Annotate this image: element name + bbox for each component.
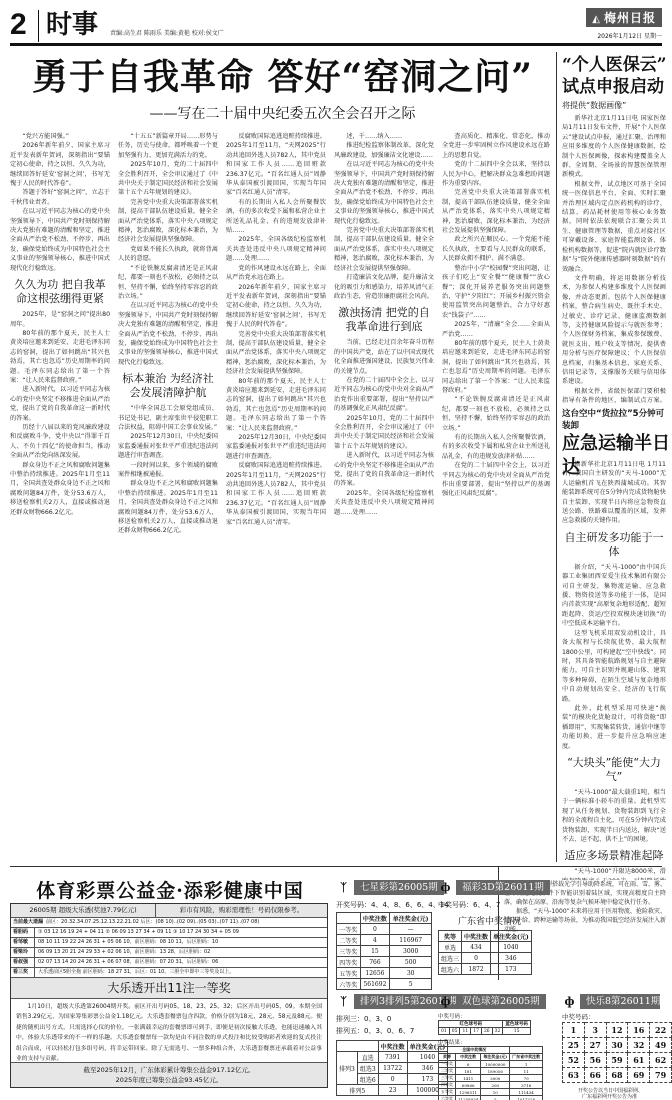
paragraph: 2025年，全国各级纪检监察机关共查处违反中央八项规定精神问题……处理…… <box>226 235 326 263</box>
paragraph: 答题于答好“窑洞之问”，立志于千秋伟业责者。 <box>10 188 110 207</box>
paragraph: 据新华社北京1月11日电 1月11日，我国自主研发的“天马-1000”无人运输机… <box>562 460 666 526</box>
cell: 189056 <box>481 1068 510 1075</box>
table-row: 单选4341040 <box>439 942 532 953</box>
paragraph: 政之所兴在顺民心。一个党能不能长久执政，主要看与人民群众的联系，人民群众拥不拥护… <box>442 235 550 263</box>
main-headline: 勇于自我革命 答好“窑洞之问” <box>10 54 555 100</box>
cell: 三等奖 <box>337 946 361 957</box>
number-cell: 79 <box>650 1068 672 1083</box>
table-header-row: 奖等中奖注数每注奖金(元)广东省中奖注数 <box>439 1054 543 1061</box>
row-value: 前区：20.32.34.07.25.12.13.22.21.02 后区：(08 … <box>43 918 327 927</box>
number-cell: 30 <box>606 1038 628 1053</box>
cell: 二等奖 <box>439 1068 456 1075</box>
shuangseqiu-results-label: 中奖结果： <box>438 1038 466 1046</box>
cell: 1017328 <box>510 1096 543 1100</box>
number-cell: 52 <box>563 1053 585 1068</box>
paragraph: 2026年新年前夕，国家主席习近平发表新年贺词，深刻指出“要锚定初心使命，持之以… <box>10 141 110 188</box>
fucai3d-numbers: 中奖号码：6、4、7 <box>438 900 500 910</box>
table-row: 2527303249 <box>563 1038 672 1053</box>
row-value: 02 07 13 14 20 24 26 31 + 06 07 08，前区胆码：… <box>35 958 327 967</box>
cell: 五等奖 <box>439 1089 456 1096</box>
editor-credits: 责编:高生君 陈雨乐 美编:黄艳 校对:侯文广 <box>110 28 224 37</box>
table-row: 排列523100000 <box>337 1085 448 1096</box>
column-header: 蓝色球号码 <box>503 1021 531 1028</box>
table-row: 六等奖1125893451017328 <box>439 1096 543 1100</box>
pailie3-numbers: 排列三：0、3、0 <box>336 1014 391 1024</box>
article-column-2: “十五五”新篇章开局……形势与任务，历史与使命，都呼唤着一个更加坚强有力、更加充… <box>118 132 218 860</box>
cell: 二等奖 <box>337 935 361 946</box>
cell: 六等奖 <box>337 979 361 990</box>
footer-line: 截至2025年12月，广东体彩累计筹集公益金917.12亿元。 <box>11 1065 327 1075</box>
column-header: 中奖注数 <box>456 1054 481 1061</box>
column-header: 中奖注数 <box>378 1041 407 1052</box>
table-row: 看三奖大乐透前区5胆全拖 前区胆码：18 27 31，后区：01 10。三胆全中… <box>11 968 327 978</box>
cell: 1872 <box>462 964 491 975</box>
column-header: 中奖注数 <box>462 931 491 942</box>
sports-lottery-box: 26005期 超级大乐透(奖池7.79亿元) 彩市有风险，购彩需理性！号码仅限参… <box>10 903 328 1088</box>
column-header: 广东省中奖注数 <box>510 1054 543 1061</box>
paragraph: 2025年10月，党的二十届四中全会胜利召开，全会审议通过了《中共中央关于制定国… <box>334 414 434 452</box>
red-ball: 32 <box>492 1028 503 1035</box>
cell: 5 <box>390 979 432 990</box>
column-header: 单注奖金(元) <box>491 931 532 942</box>
divider <box>38 10 39 42</box>
qixingcai-numbers: 开奖号码：4、4、8、6、6、4、14 <box>336 900 449 910</box>
cell: 69866 <box>456 1082 481 1089</box>
number-cell: 25 <box>563 1038 585 1053</box>
paragraph: 80年前的那个夏天，民主人士黄炎培应邀来到延安，走进毛泽东同志的窑洞，提出了如何… <box>10 329 110 385</box>
cell: 1040 <box>491 942 532 953</box>
paragraph: 根据文件，试点地区可基于全国统一医保信息平台，全面、实时汇聚并治理区域内定点医药… <box>562 180 666 274</box>
table-row: 四等奖766500 <box>337 957 432 968</box>
cell: 五等奖 <box>337 968 361 979</box>
row-label: 看叔强 <box>11 958 35 967</box>
paragraph: 完善党中央重大决策部署落实机制，提高干部队伍建设质量，健全全面从严治党体系，落实… <box>118 198 218 245</box>
paragraph: 在以习近平同志为核心的党中央坚强领导下，中国共产党时刻保持解决大党独有难题的清醒… <box>334 160 434 226</box>
column-header <box>337 913 361 924</box>
table-row: 三等奖153000 <box>337 946 432 957</box>
table-row: 组选三0346 <box>439 953 532 964</box>
footer-line: 2025年度已筹集公益金93.45亿元。 <box>11 1075 327 1085</box>
cell: 79 <box>510 1075 543 1082</box>
cell: 10000000 <box>481 1061 510 1068</box>
publication-date: 2026年1月12日 星期一 <box>597 31 662 40</box>
table-row: 五等奖1265630 <box>337 968 432 979</box>
section-heading: 自主研发多功能于一体 <box>562 531 666 559</box>
risk-notice: 彩市有风险，购彩需理性！号码仅限参考。 <box>156 904 327 917</box>
shuangseqiu-header: ф 双色球第26005期 <box>438 994 546 1009</box>
cell: 1296511 <box>456 1089 481 1096</box>
kuaile8-header: ф 快乐8第26011期 <box>562 994 660 1009</box>
number-cell: 69 <box>628 1068 650 1083</box>
table-header-row: 红色球号码蓝色球号码 <box>439 1021 531 1028</box>
kuaile8-label: 中奖号码： <box>562 1012 595 1021</box>
panel-title: 快乐8第26011期 <box>580 994 660 1009</box>
paragraph: 一段时间以来，多个领域的腐败案件相继被通报。 <box>118 461 218 480</box>
table-row: 看胆码① 03 12 16 19 24 + 04 11 ② 06 09 13 2… <box>11 928 327 938</box>
column-header <box>510 1047 543 1054</box>
cell: 346 <box>491 953 532 964</box>
table-row: 一等奖0— <box>337 924 432 935</box>
row-value: 06 09 13 20 21 24 29 33 + 02 06 10，前区胆码：… <box>35 948 327 957</box>
cell: 15 <box>360 946 390 957</box>
paragraph: 此外，此机型采用可快速“换装”的模块化货舱设计，可将货舱“即插即用”，实现集装转… <box>562 704 666 751</box>
panel-title: 福彩3D第26011期 <box>456 880 550 895</box>
table-row: 看梁玲06 09 13 20 21 24 29 33 + 02 06 10，前区… <box>11 948 327 958</box>
paragraph: 2025年12月30日，中央纪委国家监委通报对张世平严重违纪违法问题进行审查调查… <box>118 432 218 460</box>
number-cell: 63 <box>563 1068 585 1083</box>
column-header: 奖等 <box>439 1054 456 1061</box>
red-ball: 01 <box>439 1028 450 1035</box>
main-subheadline: ——写在二十届中央纪委五次全会召开之际 <box>10 104 555 124</box>
paragraph: 2026年新年前夕，国家主席习近平发表新年贺词，深刻指出“要锚定初心使命，持之以… <box>226 283 326 330</box>
row-label: 看胆码 <box>11 928 35 937</box>
panel-title: 七星彩第26005期 <box>354 880 444 895</box>
cell: 13722 <box>378 1063 407 1074</box>
column-header: 中奖注数 <box>360 913 390 924</box>
cell: 7391 <box>378 1052 407 1063</box>
column-header: 奖等 <box>439 931 462 942</box>
table-header-row: 中奖注数单注奖金(元) <box>337 913 432 924</box>
paragraph: 2025年，“清廉”全会……全面从严治党…… <box>442 320 550 339</box>
column-divider <box>556 52 557 862</box>
table-row: 三等奖1411300079 <box>439 1075 543 1082</box>
cell: 111434 <box>510 1089 543 1096</box>
section-heading: 适应多场景精准起降 <box>562 849 666 863</box>
row-label: 看梁玲 <box>11 948 35 957</box>
table-row: 五等奖129651110111434 <box>439 1089 543 1096</box>
table-row: 6366686979 <box>563 1068 672 1083</box>
row-label: 看邹敏 <box>11 938 35 947</box>
cell: 181 <box>456 1068 481 1075</box>
lottery-body: 1月10日，超级大乐透第26004期开奖。前区开出号码05、18、23、25、3… <box>11 999 327 1067</box>
number-cell: 27 <box>584 1038 606 1053</box>
column-header <box>337 1041 379 1052</box>
sidebar-article-2-body: 据新华社北京1月11日电 1月11日，我国自主研发的“天马-1000”无人运输机… <box>562 460 666 880</box>
paragraph: 完善党中央重大决策部署落实机制，提高干部队伍建设质量，健全全面从严治党体系，落实… <box>442 188 550 235</box>
article-column-4: 述，千……纳入…… 推进纪检监察体制改革，深化党风廉政建设，加强廉洁文化建设……… <box>334 132 434 860</box>
paragraph: 新华社北京1月11日电 国家医保局1月11日发布文件，开展“个人医保云”建设试点… <box>562 114 666 180</box>
page-number: 2 <box>10 8 27 42</box>
paragraph: 2025年，是“窑洞之问”提出80周年。 <box>10 310 110 329</box>
paragraph: 有的长期出入私人会所聚餐饮酒，有的多次收受下属和私营企业主所送礼品礼金，有的违规… <box>442 433 550 461</box>
cell: 0 <box>360 924 390 935</box>
paragraph: 反腐败国际追逃追赃持续推进。2025年1月至11月，“天网2025”行动共追回外… <box>226 461 326 527</box>
table-row: 看邹敏08 10 11 19 22 24 26 31 + 05 06 10，前区… <box>11 938 327 948</box>
fucai3d-table: 奖等中奖注数单注奖金(元) 单选4341040 组选三0346 组选六18721… <box>438 930 532 975</box>
paragraph: 打造廉洁文化品牌，提升廉洁文化的吸引力和感染力，培养风清气正政治生态，营造崇廉拒… <box>334 273 434 301</box>
cell: 三等奖 <box>439 1075 456 1082</box>
row-label: 当前最大遗漏 <box>11 918 43 927</box>
section-title: 时事 <box>46 8 98 42</box>
fucai3d-header: ф 福彩3D第26011期 <box>438 880 550 895</box>
number-cell: 56 <box>584 1053 606 1068</box>
cell: 3716 <box>510 1082 543 1089</box>
article-column-3: 反腐败国际追逃追赃持续推进。2025年1月至11月，“天网2025”行动共追回外… <box>226 132 326 860</box>
cell: 116967 <box>390 935 432 946</box>
paragraph: “党兴方能国强。” <box>10 132 110 141</box>
paragraph: “中华全国总工会原党组成员、书记处书记、副主席张世平侵犯职工合法权益，阻碍中国工… <box>118 404 218 432</box>
paragraph: “天马-1000”升限达8000米，滑跑起降距离小于200米，对起降场地要求低，… <box>562 867 666 880</box>
sidebar-subheadline: 将提供“数据画像” <box>562 100 626 111</box>
paragraph: 2025年10月，党的二十届四中全会胜利召开，全会审议通过了《中共中央关于制定国… <box>118 160 218 198</box>
paragraph: “不论铁腕反腐肃清还是正风肃纪，都要一刻也不放松，必须持之以恒、坚持不懈，始终坚… <box>442 395 550 433</box>
cell: 0 <box>462 953 491 964</box>
cell: 一等奖 <box>439 1061 456 1068</box>
masthead: 2 时事 责编:高生君 陈雨乐 美编:黄艳 校对:侯文广 ◭梅州日报 2026年… <box>10 6 662 46</box>
cell: 排列3 <box>337 1052 358 1085</box>
paragraph: 在党的二十届四中全会上，以习近平同志为核心的党中央对全面从严治党作出重要部署，提… <box>334 376 434 414</box>
table-header-row: 奖等中奖注数单注奖金(元) <box>439 931 532 942</box>
cell: 30 <box>390 968 432 979</box>
cell: 组选6 <box>357 1074 378 1085</box>
table-row: 01051117263215 <box>439 1028 531 1035</box>
table-row: 13121622 <box>563 1023 672 1038</box>
cell: 200 <box>481 1082 510 1089</box>
cell: 434 <box>462 942 491 953</box>
welfare-lottery-icon: ф <box>562 994 577 1009</box>
paragraph: 完善党中央重大决策部署落实机制，提高干部队伍建设质量，健全全面从严治党体系，落实… <box>226 330 326 377</box>
table-header-row: 中奖注数单注奖金(元) <box>337 1041 448 1052</box>
article-column-1: “党兴方能国强。” 2026年新年前夕，国家主席习近平发表新年贺词，深刻指出“要… <box>10 132 110 860</box>
number-cell: 59 <box>606 1053 628 1068</box>
row-label: 看三奖 <box>11 968 35 977</box>
cell: — <box>390 924 432 935</box>
column-header: 每注奖金(元) <box>481 1054 510 1061</box>
cell: 1 <box>510 1061 543 1068</box>
row-value: 08 10 11 19 22 24 26 31 + 05 06 10，前区胆码：… <box>35 938 327 947</box>
lottery-section-title: 体育彩票公益金·添彩健康中国 <box>10 876 330 903</box>
paragraph: 2025年，全国各级纪检监察机关共查处违反中央八项规定精神问题……处理…… <box>334 489 434 517</box>
table-row: 六等奖5616925 <box>337 979 432 990</box>
cell: 5 <box>481 1096 510 1100</box>
table-header-row: 全国中奖情况 <box>439 1047 543 1054</box>
cell: 12656 <box>360 968 390 979</box>
table-row: 组选六1872173 <box>439 964 532 975</box>
paragraph: 80年前的那个夏天，民主人士黄炎培应邀来到延安，走进毛泽东同志的窑洞，提出了如何… <box>442 339 550 395</box>
row-value: 大乐透前区5胆全拖 前区胆码：18 27 31，后区：01 10。三胆全中即中三… <box>35 968 327 977</box>
paragraph: 推进纪检监察体制改革，深化党风廉政建设，加强廉洁文化建设…… <box>334 141 434 160</box>
cell: 11258934 <box>456 1096 481 1100</box>
sports-lottery-icon: ᛉ <box>336 994 351 1009</box>
emblem-icon: ◭ <box>592 14 601 25</box>
column-header: 全国中奖情况 <box>439 1047 510 1054</box>
draw-info: 26005期 超级大乐透(奖池7.79亿元) <box>11 904 156 917</box>
section-heading: 久久为功 把自我革命这根弦绷得更紧 <box>10 278 110 306</box>
cell: 组选六 <box>439 964 462 975</box>
paragraph: 查高质化、精准化、常态化，推动全党进一步牢固树立作风建设永远在路上的思想自觉。 <box>442 132 550 160</box>
sidebar-article-1-body: 新华社北京1月11日电 国家医保局1月11日发布文件，开展“个人医保云”建设试点… <box>562 114 666 404</box>
cell: 173 <box>491 964 532 975</box>
cell: 四等奖 <box>337 957 361 968</box>
paragraph: 党如果不能长久执政，就将背离人民的意愿。 <box>118 245 218 264</box>
logo-text: 梅州日报 <box>604 11 656 25</box>
panel-title: 双色球第26005期 <box>456 994 546 1009</box>
paragraph: “不论铁腕反腐肃清还是正风肃纪，都要一刻也不放松，必须持之以恒、坚持不懈，始终坚… <box>118 264 218 302</box>
paragraph: 党的作风建设永远在路上，全面从严治党永远在路上。 <box>226 264 326 283</box>
kuaile8-numbers-grid: 13121622 2527303249 5256596162 636668697… <box>562 1022 672 1083</box>
table-row: 5256596162 <box>563 1053 672 1068</box>
sidebar-headline-line2: 试点申报启动 <box>562 76 664 98</box>
column-header: 单注奖金(元) <box>390 913 432 924</box>
column-header: 红色球号码 <box>439 1021 503 1028</box>
red-ball: 05 <box>449 1028 460 1035</box>
table-row: 排列3直选73911040 <box>337 1052 448 1063</box>
cell: 11 <box>510 1068 543 1075</box>
cell: 10 <box>481 1089 510 1096</box>
paragraph: 群众身边不正之风和腐败问题集中整治持续推进。2025年1月至11月，全国共查处群… <box>10 461 110 517</box>
article-column-5: 查高质化、精准化、常态化，推动全党进一步牢固树立作风建设永远在路上的思想自觉。 … <box>442 132 550 860</box>
paragraph: 在以习近平同志为核心的党中央坚强领导下，中国共产党时刻保持解决大党独有难题的清醒… <box>118 301 218 367</box>
table-row: 当前最大遗漏前区：20.32.34.07.25.12.13.22.21.02 后… <box>11 918 327 928</box>
cell: 四等奖 <box>439 1082 456 1089</box>
number-cell: 22 <box>650 1023 672 1038</box>
paragraph: 当前，已经走过百余年奋斗历程的中国共产党，站在了以中国式现代化全面推进强国建设、… <box>334 338 434 376</box>
qixingcai-header: ᛉ 七星彩第26005期 <box>336 880 444 895</box>
cell: 单选 <box>439 942 462 953</box>
fucai3d-subtitle: 广东省中奖情况 <box>458 914 521 927</box>
cell: 0 <box>378 1074 407 1085</box>
number-cell: 66 <box>584 1068 606 1083</box>
number-cell: 68 <box>606 1068 628 1083</box>
paragraph: 完善党中央重大决策部署落实机制，提高干部队伍建设质量，健全全面从严治党体系，落实… <box>334 226 434 273</box>
cell: 3000 <box>390 946 432 957</box>
section-heading: 标本兼治 为经济社会发展清障护航 <box>118 372 218 400</box>
draw-header-row: 26005期 超级大乐透(奖池7.79亿元) 彩市有风险，购彩需理性！号码仅限参… <box>11 904 327 918</box>
paragraph: 80年前的那个夏天，民主人士黄炎培应邀来到延安，走进毛泽东同志的窑洞，提出了如何… <box>226 377 326 433</box>
number-cell: 16 <box>628 1023 650 1038</box>
red-ball: 11 <box>460 1028 471 1035</box>
cell: 6 <box>456 1061 481 1068</box>
table-row: 一等奖6100000001 <box>439 1061 543 1068</box>
cell: 排列5 <box>337 1085 379 1096</box>
paragraph: 历经十八届以来的党风廉政建设和反腐败斗争，党中央以“得罪千百人、不负十四亿”的使… <box>10 423 110 461</box>
paragraph: 进入新时代，以习近平同志为核心的党中央坚定不移推进全面从严治党，提出了党的自我革… <box>10 385 110 423</box>
paragraph: 有的长期出入私人会所聚餐饮酒，有的多次收受下属和私营企业主所送礼品礼金，有的违规… <box>226 198 326 236</box>
section-divider <box>10 866 662 867</box>
number-cell: 61 <box>628 1053 650 1068</box>
cell: 组选3 <box>357 1063 378 1074</box>
cell: 500 <box>390 957 432 968</box>
paragraph: 这型飞机采用双发动机设计，具备大航程与长续航优势，最大航程1800公里，可构建起… <box>562 629 666 704</box>
paragraph: 整治中小学“校园餐”突出问题，让孩子们吃上“安全餐”“健康餐”“放心餐”；深化开… <box>442 264 550 320</box>
paragraph: 反腐败国际追逃追赃持续推进。2025年1月至11月，“天网2025”行动共追回外… <box>226 132 326 198</box>
lottery-banner: 大乐透开出11注一等奖 <box>11 978 327 999</box>
table-row: 二等奖4116967 <box>337 935 432 946</box>
paragraph: 1月10日，超级大乐透第26004期开奖。前区开出号码05、18、23、25、3… <box>16 1002 322 1064</box>
qixingcai-table: 中奖注数单注奖金(元) 一等奖0— 二等奖4116967 三等奖153000 四… <box>336 912 432 990</box>
red-ball: 26 <box>481 1028 492 1035</box>
cell: 766 <box>360 957 390 968</box>
number-cell: 3 <box>584 1023 606 1038</box>
shuangseqiu-numbers-table: 红色球号码蓝色球号码 01051117263215 <box>438 1020 531 1035</box>
paragraph: 根据文件，省级医保部门要积极指导有条件的地区，编制试点方案。国家医保局将于202… <box>562 387 666 404</box>
paragraph: 群众身边不正之风和腐败问题集中整治持续推进。2025年1月至11月，全国共查处群… <box>118 479 218 535</box>
paragraph: 述，千……纳入…… <box>334 132 434 141</box>
cell: 直选 <box>357 1052 378 1063</box>
sidebar-headline-line1: “个人医保云” <box>562 54 667 76</box>
paragraph: 进入新时代，以习近平同志为核心的党中央坚定不移推进全面从严治党，提出了党的自我革… <box>334 451 434 489</box>
section-heading: 激浊扬清 把党的自我革命进行到底 <box>334 306 434 334</box>
cell: 六等奖 <box>439 1096 456 1100</box>
number-cell: 62 <box>650 1053 672 1068</box>
cell: 一等奖 <box>337 924 361 935</box>
welfare-lottery-icon: ф <box>438 880 453 895</box>
kuaile8-note: 广东福彩网开奖公告为准 <box>582 1093 637 1100</box>
sidebar-kicker: 这台空中“货拉拉”5分钟可装卸 <box>562 408 668 432</box>
cell: 561692 <box>360 979 390 990</box>
table-row: 二等奖18118905611 <box>439 1068 543 1075</box>
welfare-lottery-icon: ф <box>438 994 453 1009</box>
shuangseqiu-results-table: 全国中奖情况 奖等中奖注数每注奖金(元)广东省中奖注数 一等奖610000000… <box>438 1046 543 1100</box>
sports-lottery-icon: ᛉ <box>336 880 351 895</box>
number-cell: 49 <box>650 1038 672 1053</box>
lottery-footer: 截至2025年12月，广东体彩累计筹集公益金917.12亿元。 2025年度已筹… <box>11 1062 327 1087</box>
section-heading: “大块头”能使“大力气” <box>562 756 666 784</box>
cell: 1411 <box>456 1075 481 1082</box>
row-value: ① 03 12 16 19 24 + 04 11 ② 06 09 13 27 3… <box>35 928 327 937</box>
number-cell: 12 <box>606 1023 628 1038</box>
pailie5-numbers: 排列五：0、3、0、6、7 <box>336 1026 414 1036</box>
cell: 4 <box>360 935 390 946</box>
table-row: 四等奖698662003716 <box>439 1082 543 1089</box>
paragraph: 党的十二届四中全会以来，坚持以人民为中心，把解决群众急难愁盼问题作为重要内容。 <box>442 160 550 188</box>
newspaper-logo: ◭梅州日报 <box>586 8 662 27</box>
pailie-table: 中奖注数单注奖金(元) 排列3直选73911040 组选313722346 组选… <box>336 1040 448 1096</box>
number-cell: 32 <box>628 1038 650 1053</box>
paragraph: “天马-1000”最大载重1吨，相当于一辆标准小轿车的重量。此机型实现了从任务规… <box>562 788 666 844</box>
cell: 组选三 <box>439 953 462 964</box>
table-row: 看叔强02 07 13 14 20 24 26 31 + 06 07 08，前区… <box>11 958 327 968</box>
paragraph: 文件明确，将运用数据分析技术，为参保人构建多维度个人医保画像，并动态更新。包括个… <box>562 274 666 387</box>
red-ball: 17 <box>471 1028 482 1035</box>
paragraph: 据介绍，“天马-1000”由中国兵器工业集团西安爱生技术集团有限公司自主研发，集… <box>562 563 666 629</box>
blue-ball: 15 <box>503 1028 531 1035</box>
paragraph: 2025年12月30日，中央纪委国家监委通报对张世平严重违纪违法问题进行审查调查… <box>226 433 326 461</box>
paragraph: 在以习近平同志为核心的党中央坚强领导下，中国共产党时刻保持解决大党独有难题的清醒… <box>10 207 110 273</box>
number-cell: 1 <box>563 1023 585 1038</box>
paragraph: “十五五”新篇章开局……形势与任务，历史与使命，都呼唤着一个更加坚强有力、更加充… <box>118 132 218 160</box>
shuangseqiu-numbers-label: 中奖号码： <box>438 1012 466 1020</box>
paragraph: 在党的二十届四中全会上，以习近平同志为核心的党中央对全面从严治党作出重要部署，提… <box>442 461 550 499</box>
cell: 3000 <box>481 1075 510 1082</box>
cell: 23 <box>378 1085 407 1096</box>
